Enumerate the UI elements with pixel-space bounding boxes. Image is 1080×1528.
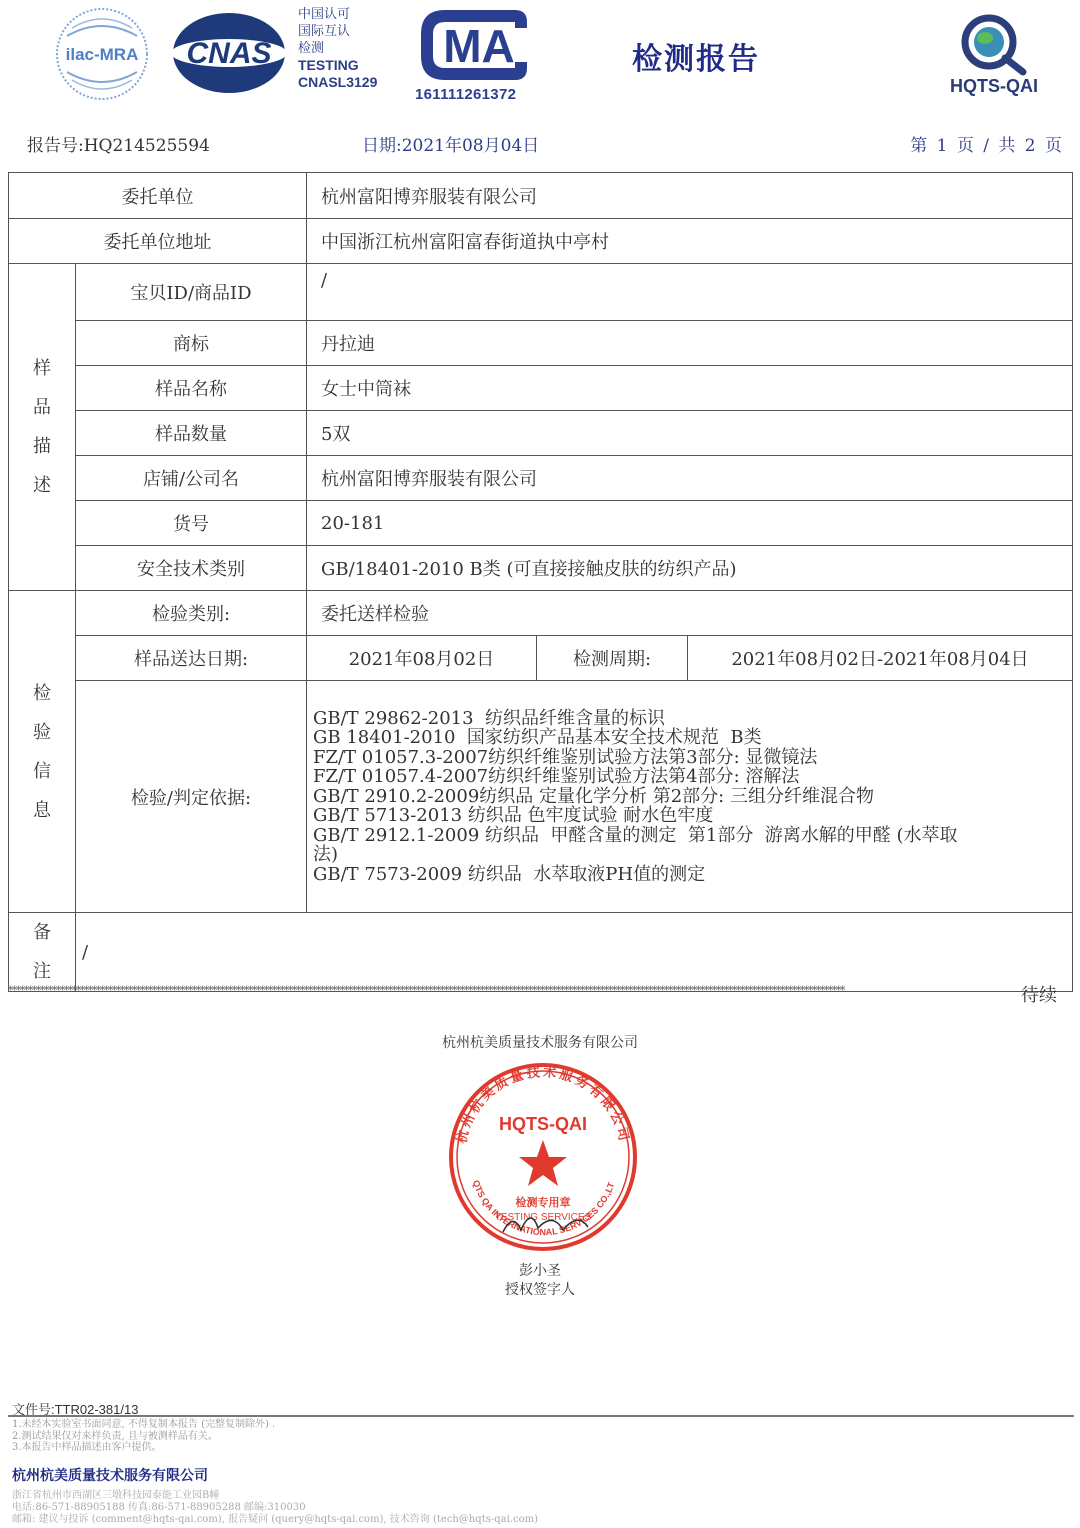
basis-line: GB/T 29862-2013 纺织品纤维含量的标识 xyxy=(313,709,1066,729)
svg-text:CNAS: CNAS xyxy=(186,37,271,70)
basis-standards-list: GB/T 29862-2013 纺织品纤维含量的标识 GB 18401-2010… xyxy=(307,681,1073,913)
table-row-sample-quantity: 样品数量 5双 xyxy=(9,411,1073,456)
table-row-remarks: 备 注 / xyxy=(9,913,1073,992)
svg-text:TESTING SERVICES: TESTING SERVICES xyxy=(495,1212,592,1223)
table-row-client-address: 委托单位地址 中国浙江杭州富阳富春街道执中亭村 xyxy=(9,219,1073,264)
svg-text:ilac-MRA: ilac-MRA xyxy=(66,45,139,64)
group-char: 描 xyxy=(9,427,75,466)
continuation-label: 待续 xyxy=(1021,981,1057,1007)
basis-line: GB/T 2910.2-2009纺织品 定量化学分析 第2部分: 三组分纤维混合… xyxy=(313,787,1066,807)
article-number-label: 货号 xyxy=(76,501,307,546)
group-char: 信 xyxy=(9,752,75,791)
trademark-value: 丹拉迪 xyxy=(307,321,1073,366)
group-char: 备 xyxy=(9,913,75,952)
shop-label: 店铺/公司名 xyxy=(76,456,307,501)
remarks-group-label: 备 注 xyxy=(9,913,76,992)
cnas-number: CNASL3129 xyxy=(298,74,377,91)
shop-value: 杭州富阳博弈服装有限公司 xyxy=(307,456,1073,501)
header-logo-bar: ilac-MRA CNAS 中国认可 国际互认 检测 TESTING CNASL… xyxy=(0,0,1080,118)
basis-line: FZ/T 01057.4-2007纺织纤维鉴别试验方法第4部分: 溶解法 xyxy=(313,767,1066,787)
group-char: 样 xyxy=(9,349,75,388)
client-label: 委托单位 xyxy=(9,173,307,219)
basis-line: GB 18401-2010 国家纺织产品基本安全技术规范 B类 xyxy=(313,728,1066,748)
cnas-text-line: 中国认可 xyxy=(298,6,377,23)
inspection-info-group-label: 检 验 信 息 xyxy=(9,591,76,913)
page-indicator: 第 1 页 / 共 2 页 xyxy=(910,131,1064,156)
client-address-label: 委托单位地址 xyxy=(9,219,307,264)
signer-block: 彭小圣 授权签字人 xyxy=(0,1262,1080,1300)
received-date-label: 样品送达日期: xyxy=(76,636,307,681)
table-row-inspection-type: 检 验 信 息 检验类别: 委托送样检验 xyxy=(9,591,1073,636)
basis-line: 法) xyxy=(313,845,1066,865)
inspection-type-value: 委托送样检验 xyxy=(307,591,1073,636)
article-number-value: 20-181 xyxy=(307,501,1073,546)
test-period-label: 检测周期: xyxy=(537,636,688,681)
report-number: 报告号:HQ214525594 xyxy=(27,131,210,156)
table-row-trademark: 商标 丹拉迪 xyxy=(9,321,1073,366)
group-char: 检 xyxy=(9,674,75,713)
ilac-mra-logo-icon: ilac-MRA xyxy=(52,6,152,102)
footer-company-name: 杭州杭美质量技术服务有限公司 xyxy=(12,1465,208,1485)
svg-text:HQTS-QAI: HQTS-QAI xyxy=(499,1114,587,1134)
cnas-logo-icon: CNAS xyxy=(170,10,288,96)
group-char: 品 xyxy=(9,388,75,427)
group-char: 验 xyxy=(9,713,75,752)
footer-note: 1.未经本实验室书面同意, 不得复制本报告 (完整复制除外) . xyxy=(12,1419,275,1431)
received-date-value: 2021年08月02日 xyxy=(307,636,537,681)
official-seal-stamp-icon: 杭州杭美质量技术服务有限公司 HQTS QA INTERNATIONAL SER… xyxy=(443,1062,643,1252)
footer-contact-info: 浙江省杭州市西湖区三墩科技园泰能工业园B幢 电话:86-571-88905188… xyxy=(12,1490,538,1526)
client-value: 杭州富阳博弈服装有限公司 xyxy=(307,173,1073,219)
report-date: 日期:2021年08月04日 xyxy=(362,131,539,156)
footer-email: 邮箱: 建议与投诉 (comment@hqts-qai.com), 报告疑问 (… xyxy=(12,1514,538,1526)
svg-text:检测专用章: 检测专用章 xyxy=(516,1195,571,1209)
footer-address: 浙江省杭州市西湖区三墩科技园泰能工业园B幢 xyxy=(12,1490,538,1502)
basis-line: GB/T 7573-2009 纺织品 水萃取液PH值的测定 xyxy=(313,865,1066,885)
cnas-text-line: 国际互认 xyxy=(298,23,377,40)
cma-logo-icon: MA xyxy=(415,4,533,84)
safety-category-value: GB/18401-2010 B类 (可直接接触皮肤的纺织产品) xyxy=(307,546,1073,591)
sample-name-label: 样品名称 xyxy=(76,366,307,411)
issuing-company: 杭州杭美质量技术服务有限公司 xyxy=(0,1032,1080,1052)
trademark-label: 商标 xyxy=(76,321,307,366)
table-row-shop: 店铺/公司名 杭州富阳博弈服装有限公司 xyxy=(9,456,1073,501)
test-period-value: 2021年08月02日-2021年08月04日 xyxy=(688,636,1073,681)
cnas-accreditation-text: 中国认可 国际互认 检测 TESTING CNASL3129 xyxy=(298,6,377,91)
table-row-dates: 样品送达日期: 2021年08月02日 检测周期: 2021年08月02日-20… xyxy=(9,636,1073,681)
signer-name: 彭小圣 xyxy=(0,1262,1080,1281)
basis-label: 检验/判定依据: xyxy=(76,681,307,913)
cma-number: 161111261372 xyxy=(415,86,516,103)
sample-quantity-value: 5双 xyxy=(307,411,1073,456)
sample-name-value: 女士中筒袜 xyxy=(307,366,1073,411)
table-row-basis: 检验/判定依据: GB/T 29862-2013 纺织品纤维含量的标识 GB 1… xyxy=(9,681,1073,913)
report-table: 委托单位 杭州富阳博弈服装有限公司 委托单位地址 中国浙江杭州富阳富春街道执中亭… xyxy=(8,172,1073,992)
table-row-client: 委托单位 杭州富阳博弈服装有限公司 xyxy=(9,173,1073,219)
sample-quantity-label: 样品数量 xyxy=(76,411,307,456)
footer-notes: 1.未经本实验室书面同意, 不得复制本报告 (完整复制除外) . 2.测试结果仅… xyxy=(12,1419,275,1454)
signer-title: 授权签字人 xyxy=(0,1281,1080,1300)
table-row-sample-name: 样品名称 女士中筒袜 xyxy=(9,366,1073,411)
basis-line: GB/T 2912.1-2009 纺织品 甲醛含量的测定 第1部分 游离水解的甲… xyxy=(313,826,1066,846)
footer-note: 3.本报告中样品描述由客户提供。 xyxy=(12,1442,275,1454)
table-row-article-number: 货号 20-181 xyxy=(9,501,1073,546)
remarks-value: / xyxy=(76,913,1073,992)
basis-line: FZ/T 01057.3-2007纺织纤维鉴别试验方法第3部分: 显微镜法 xyxy=(313,748,1066,768)
client-address-value: 中国浙江杭州富阳富春街道执中亭村 xyxy=(307,219,1073,264)
inspection-type-label: 检验类别: xyxy=(76,591,307,636)
table-row-safety-category: 安全技术类别 GB/18401-2010 B类 (可直接接触皮肤的纺织产品) xyxy=(9,546,1073,591)
safety-category-label: 安全技术类别 xyxy=(76,546,307,591)
document-title: 检测报告 xyxy=(632,34,760,78)
group-char: 述 xyxy=(9,466,75,505)
table-row-item-id: 样 品 描 述 宝贝ID/商品ID / xyxy=(9,264,1073,321)
cnas-testing-label: TESTING xyxy=(298,57,377,74)
cnas-text-line: 检测 xyxy=(298,40,377,57)
footer-phone: 电话:86-571-88905188 传真:86-571-88905288 邮编… xyxy=(12,1502,538,1514)
basis-line: GB/T 5713-2013 纺织品 色牢度试验 耐水色牢度 xyxy=(313,806,1066,826)
continuation-dots: ****************************************… xyxy=(8,984,1018,997)
footer-divider xyxy=(8,1415,1074,1417)
hqts-brand-text: HQTS-QAI xyxy=(950,76,1038,97)
item-id-value: / xyxy=(307,264,1073,321)
group-char: 息 xyxy=(9,791,75,830)
sample-description-group-label: 样 品 描 述 xyxy=(9,264,76,591)
svg-text:MA: MA xyxy=(443,20,515,72)
hqts-globe-magnifier-icon xyxy=(955,12,1031,76)
item-id-label: 宝贝ID/商品ID xyxy=(76,264,307,321)
footer-note: 2.测试结果仅对来样负责, 且与被测样品有关。 xyxy=(12,1431,275,1443)
